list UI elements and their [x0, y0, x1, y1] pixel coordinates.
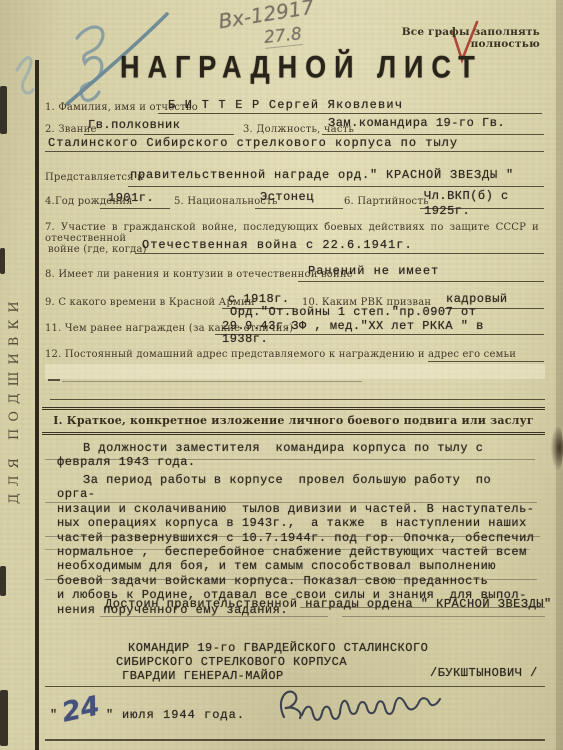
- commander-title-line1: КОМАНДИР 19-го ГВАРДЕЙСКОГО СТАЛИНСКОГО: [128, 641, 428, 655]
- field8-label: 8. Имеет ли ранения и контузии в отечест…: [45, 269, 353, 280]
- field1-value-name: Б И Т Т Е Р Сергей Яковлевич: [168, 98, 403, 112]
- citation-paragraph-2: За период работы в корпусе провел большу…: [57, 473, 537, 617]
- field5-value-nationality: Эстонец: [260, 190, 314, 204]
- field11-value-line2: 29.9.43г.ЗФ , мед."XX лет РККА " в: [222, 319, 484, 333]
- scan-edge-mark: [0, 86, 7, 134]
- field2-value-rank: Гв.полковник: [88, 118, 180, 132]
- binding-margin-text: ДЛЯ ПОДШИВКИ: [7, 192, 22, 504]
- signatory-name: /БУКШТЫНОВИЧ /: [430, 666, 538, 680]
- field3-value-position: Зам.командира 19-го Гв.: [328, 116, 505, 130]
- date-text: июля 1944 года.: [122, 708, 245, 722]
- handwritten-signature: [272, 683, 467, 727]
- citation-paragraph-1: В должности заместителя командира корпус…: [57, 441, 537, 470]
- present-label: Представляется к: [45, 172, 144, 183]
- field8-value-wounds: Ранений не имеет: [308, 264, 439, 278]
- scan-edge-shadow-right: [556, 0, 563, 750]
- fill-all-fields-note: Все графы заполнять полностью: [340, 26, 540, 50]
- date-open-quote: ": [50, 708, 58, 722]
- handwritten-date-day: 24: [59, 690, 102, 728]
- field4-value-birth-year: 1901г.: [108, 191, 154, 205]
- handwritten-registration-date: 27.8: [263, 24, 303, 49]
- field11-value-line3: 1938г.: [222, 332, 268, 346]
- section1-header: I. Краткое, конкретное изложение личного…: [42, 407, 545, 435]
- scan-edge-mark: [0, 690, 8, 746]
- field7-value-war: Отечественная война с 22.6.1941г.: [142, 238, 413, 252]
- field6-label: 6. Партийность: [344, 196, 429, 207]
- date-close-quote: ": [106, 708, 114, 722]
- form-left-border: [35, 60, 39, 750]
- scan-edge-mark: [0, 566, 6, 596]
- award-sheet-document: ДЛЯ ПОДШИВКИ Вх-12917 27.8 Все графы зап…: [0, 0, 563, 750]
- field9-value-army-since: с 1918г.: [228, 292, 290, 306]
- commander-title-line2: СИБИРСКОГО СТРЕЛКОВОГО КОРПУСА: [116, 655, 347, 669]
- field6-value-party-year: 1925г.: [424, 204, 470, 218]
- page-curl-mark: [551, 426, 563, 470]
- field9-label: 9. С какого времени в Красной Армии: [45, 297, 255, 308]
- document-title: НАГРАДНОЙ ЛИСТ: [120, 50, 450, 86]
- field7-label2: войне (где, когда): [48, 244, 147, 255]
- field3-value-position-cont: Сталинского Сибирского стрелкового корпу…: [48, 136, 458, 150]
- field11-value-line1: Орд."От.войны 1 степ."пр.0907 от: [230, 305, 476, 319]
- field10-value-drafted: кадровый: [446, 292, 508, 306]
- commander-title-line3: ГВАРДИИ ГЕНЕРАЛ-МАЙОР: [122, 669, 284, 683]
- scan-edge-mark: [0, 248, 5, 274]
- scan-light-band: [45, 364, 545, 379]
- field12-label: 12. Постоянный домашний адрес представля…: [45, 349, 516, 360]
- field6-value-party: Чл.ВКП(б) с: [424, 189, 509, 203]
- citation-conclusion: Достоин правительственной награды ордена…: [105, 597, 552, 611]
- present-value-award: правительственной награде орд." КРАСНОЙ …: [130, 168, 514, 182]
